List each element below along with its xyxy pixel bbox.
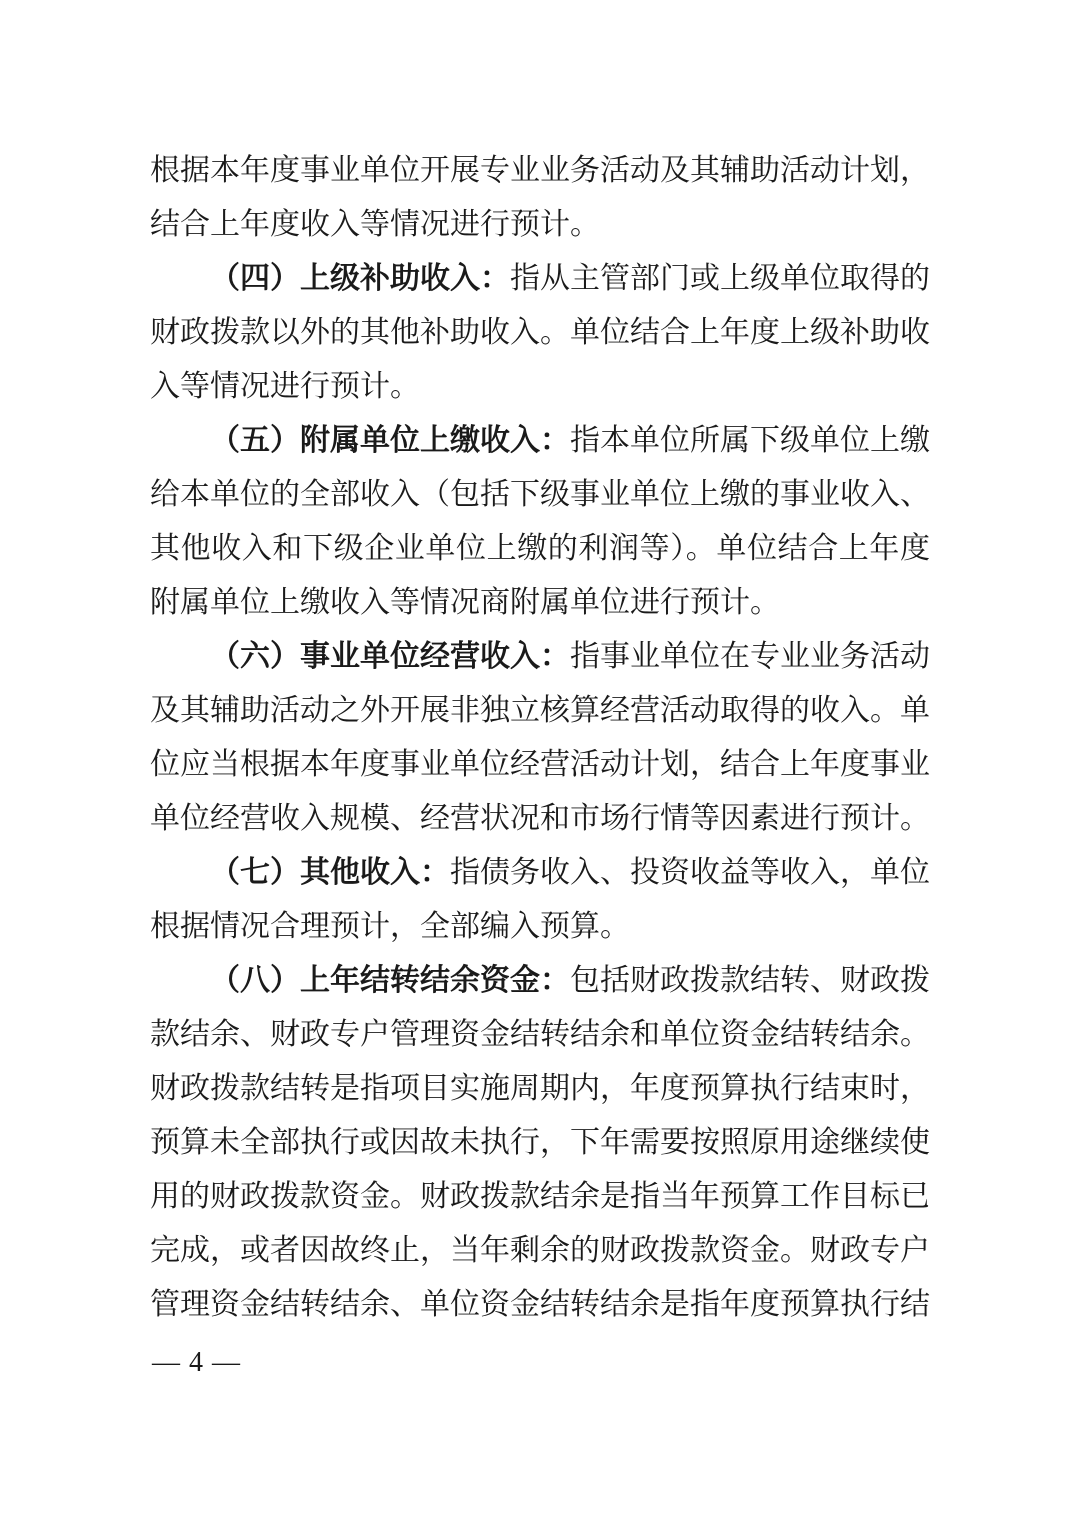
item-heading: （八）上年结转结余资金： [210,964,570,997]
item-heading: （四）上级补助收入： [210,262,510,295]
numbered-item-paragraph: （八）上年结转结余资金：包括财政拨款结转、财政拨款结余、财政专户管理资金结转结余… [150,954,930,1332]
item-heading: （五）附属单位上缴收入： [210,424,570,457]
document-page: 根据本年度事业单位开展专业业务活动及其辅助活动计划，结合上年度收入等情况进行预计… [0,0,1074,1520]
numbered-item-paragraph: （六）事业单位经营收入：指事业单位在专业业务活动及其辅助活动之外开展非独立核算经… [150,630,930,846]
numbered-item-paragraph: （四）上级补助收入：指从主管部门或上级单位取得的财政拨款以外的其他补助收入。单位… [150,252,930,414]
numbered-item-paragraph: （七）其他收入：指债务收入、投资收益等收入，单位根据情况合理预计，全部编入预算。 [150,846,930,954]
item-heading: （六）事业单位经营收入： [210,640,570,673]
numbered-item-paragraph: （五）附属单位上缴收入：指本单位所属下级单位上缴给本单位的全部收入（包括下级事业… [150,414,930,630]
paragraph-text: 包括财政拨款结转、财政拨款结余、财政专户管理资金结转结余和单位资金结转结余。财政… [150,964,930,1321]
page-number: — 4 — [152,1346,241,1380]
paragraph-text: 根据本年度事业单位开展专业业务活动及其辅助活动计划，结合上年度收入等情况进行预计… [150,154,930,241]
continuation-paragraph: 根据本年度事业单位开展专业业务活动及其辅助活动计划，结合上年度收入等情况进行预计… [150,144,930,252]
document-body: 根据本年度事业单位开展专业业务活动及其辅助活动计划，结合上年度收入等情况进行预计… [150,144,930,1332]
item-heading: （七）其他收入： [210,856,450,889]
